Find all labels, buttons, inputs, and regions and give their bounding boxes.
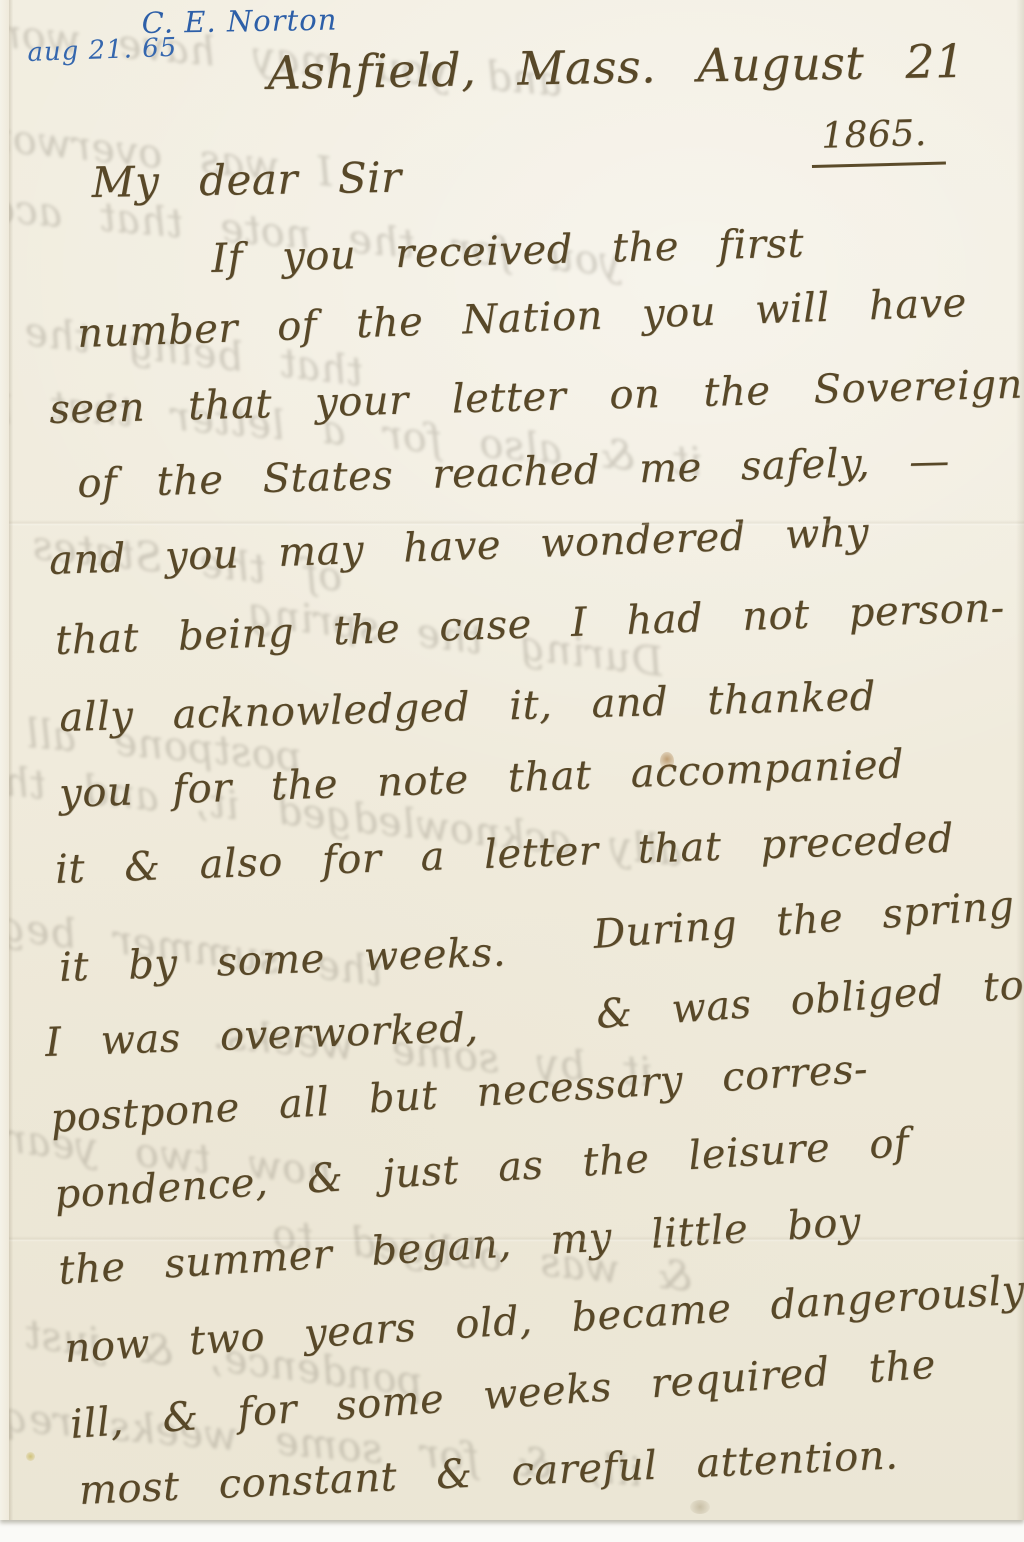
letter-line: number of the Nation you will have bbox=[76, 280, 967, 357]
fold-crease bbox=[0, 520, 1024, 526]
paper-left-edge bbox=[0, 0, 9, 1520]
letter-line: During the spring bbox=[592, 883, 1016, 958]
letter-line: the summer began, my little boy bbox=[57, 1199, 862, 1294]
letter-year: 1865. bbox=[811, 113, 946, 168]
archival-date-note: aug 21. 65 bbox=[27, 33, 178, 68]
letter-salutation: My dear Sir bbox=[91, 153, 402, 207]
paper-left-crease bbox=[9, 0, 13, 1520]
letter-line: & was obliged to bbox=[595, 962, 1024, 1038]
fold-crease bbox=[0, 1236, 1024, 1242]
scan-surface: and you may have wondered why I was over… bbox=[0, 0, 1024, 1542]
ink-stain bbox=[660, 752, 674, 770]
letter-line: ally acknowledged it, and thanked bbox=[59, 674, 877, 741]
paper-fleck bbox=[26, 1452, 35, 1461]
paper-right-edge bbox=[1016, 0, 1024, 1520]
letter-paper: and you may have wondered why I was over… bbox=[0, 0, 1024, 1520]
letter-dateline: Ashfield, Mass. August 21 bbox=[267, 34, 965, 100]
paper-smudge bbox=[690, 1500, 710, 1514]
